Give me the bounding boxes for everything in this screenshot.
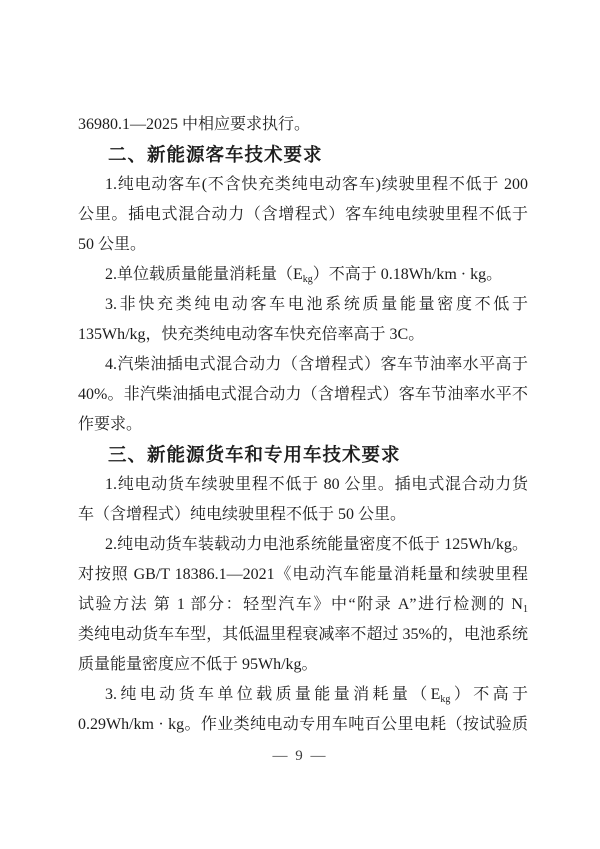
subscript-text: 1 [523,604,528,615]
text-line: 1.纯电动客车(不含快充类纯电动客车)续驶里程不低于 200 [78,170,528,200]
text-line: 二、新能源客车技术要求 [78,140,528,170]
text-line: 类纯电动货车车型，其低温里程衰减率不超过 35%的，电池系统 [78,620,528,650]
paragraph: 3.非快充类纯电动客车电池系统质量能量密度不低于135Wh/kg，快充类纯电动客… [78,290,528,350]
paragraph: 2.单位载质量能量消耗量（Ekg）不高于 0.18Wh/km · kg。 [78,260,528,290]
text-run: 车（含增程式）纯电续驶里程不低于 50 公里。 [78,506,406,523]
text-run: 对按照 GB/T 18386.1—2021《电动汽车能量消耗量和续驶里程 [78,566,528,583]
text-line: 质量能量密度应不低于 95Wh/kg。 [78,650,528,680]
paragraph: 1.纯电动货车续驶里程不低于 80 公里。插电式混合动力货车（含增程式）纯电续驶… [78,470,528,530]
page-number: — 9 — [273,748,328,764]
text-line: 135Wh/kg，快充类纯电动客车快充倍率高于 3C。 [78,320,528,350]
text-run: 三、新能源货车和专用车技术要求 [108,444,401,465]
text-run: 50 公里。 [78,236,146,253]
text-run: 类纯电动货车车型，其低温里程衰减率不超过 35%的，电池系统 [78,626,528,643]
page-footer: — 9 — [0,748,600,765]
text-run: 二、新能源客车技术要求 [108,144,323,165]
text-run: 2.纯电动货车装载动力电池系统能量密度不低于 125Wh/kg。 [105,536,528,553]
section-heading: 二、新能源客车技术要求 [78,140,528,170]
text-run: 0.29Wh/km · kg。作业类纯电动专用车吨百公里电耗（按试验质 [78,716,528,733]
text-run: 试验方法 第 1 部分：轻型汽车》中“附录 A”进行检测的 N [78,596,523,613]
text-run: 3.纯电动货车单位载质量能量消耗量（E [105,686,440,703]
text-run: 36980.1—2025 中相应要求执行。 [78,116,310,133]
text-line: 车（含增程式）纯电续驶里程不低于 50 公里。 [78,500,528,530]
text-run: 作要求。 [78,416,142,433]
text-line: 试验方法 第 1 部分：轻型汽车》中“附录 A”进行检测的 N1 [78,590,528,620]
document-page: 36980.1—2025 中相应要求执行。二、新能源客车技术要求1.纯电动客车(… [0,0,600,849]
text-run: ）不高于 0.18Wh/km · kg。 [313,266,502,283]
text-line: 2.单位载质量能量消耗量（Ekg）不高于 0.18Wh/km · kg。 [78,260,528,290]
text-run: 40%。非汽柴油插电式混合动力（含增程式）客车节油率水平不 [78,386,528,403]
paragraph: 4.汽柴油插电式混合动力（含增程式）客车节油率水平高于40%。非汽柴油插电式混合… [78,350,528,440]
subscript-text: kg [303,274,313,285]
text-run: 公里。插电式混合动力（含增程式）客车纯电续驶里程不低于 [78,206,528,223]
document-body: 36980.1—2025 中相应要求执行。二、新能源客车技术要求1.纯电动客车(… [78,110,528,740]
text-line: 作要求。 [78,410,528,440]
text-line: 对按照 GB/T 18386.1—2021《电动汽车能量消耗量和续驶里程 [78,560,528,590]
text-line: 40%。非汽柴油插电式混合动力（含增程式）客车节油率水平不 [78,380,528,410]
paragraph: 3.纯电动货车单位载质量能量消耗量（Ekg）不高于0.29Wh/km · kg。… [78,680,528,740]
text-run: 135Wh/kg，快充类纯电动客车快充倍率高于 3C。 [78,326,424,343]
text-line: 4.汽柴油插电式混合动力（含增程式）客车节油率水平高于 [78,350,528,380]
text-line: 公里。插电式混合动力（含增程式）客车纯电续驶里程不低于 [78,200,528,230]
text-line: 1.纯电动货车续驶里程不低于 80 公里。插电式混合动力货 [78,470,528,500]
paragraph: 36980.1—2025 中相应要求执行。 [78,110,528,140]
text-line: 0.29Wh/km · kg。作业类纯电动专用车吨百公里电耗（按试验质 [78,710,528,740]
text-line: 3.非快充类纯电动客车电池系统质量能量密度不低于 [78,290,528,320]
text-run: 3.非快充类纯电动客车电池系统质量能量密度不低于 [105,296,528,313]
text-run: 1.纯电动货车续驶里程不低于 80 公里。插电式混合动力货 [105,476,528,493]
text-run: 2.单位载质量能量消耗量（E [105,266,303,283]
text-run: 4.汽柴油插电式混合动力（含增程式）客车节油率水平高于 [105,356,528,373]
text-line: 3.纯电动货车单位载质量能量消耗量（Ekg）不高于 [78,680,528,710]
paragraph: 1.纯电动客车(不含快充类纯电动客车)续驶里程不低于 200公里。插电式混合动力… [78,170,528,260]
text-line: 三、新能源货车和专用车技术要求 [78,440,528,470]
text-line: 2.纯电动货车装载动力电池系统能量密度不低于 125Wh/kg。 [78,530,528,560]
text-line: 50 公里。 [78,230,528,260]
text-line: 36980.1—2025 中相应要求执行。 [78,110,528,140]
section-heading: 三、新能源货车和专用车技术要求 [78,440,528,470]
text-run: 1.纯电动客车(不含快充类纯电动客车)续驶里程不低于 200 [105,176,528,193]
paragraph: 2.纯电动货车装载动力电池系统能量密度不低于 125Wh/kg。对按照 GB/T… [78,530,528,680]
subscript-text: kg [440,694,450,705]
text-run: 质量能量密度应不低于 95Wh/kg。 [78,656,318,673]
text-run: ）不高于 [450,686,528,703]
